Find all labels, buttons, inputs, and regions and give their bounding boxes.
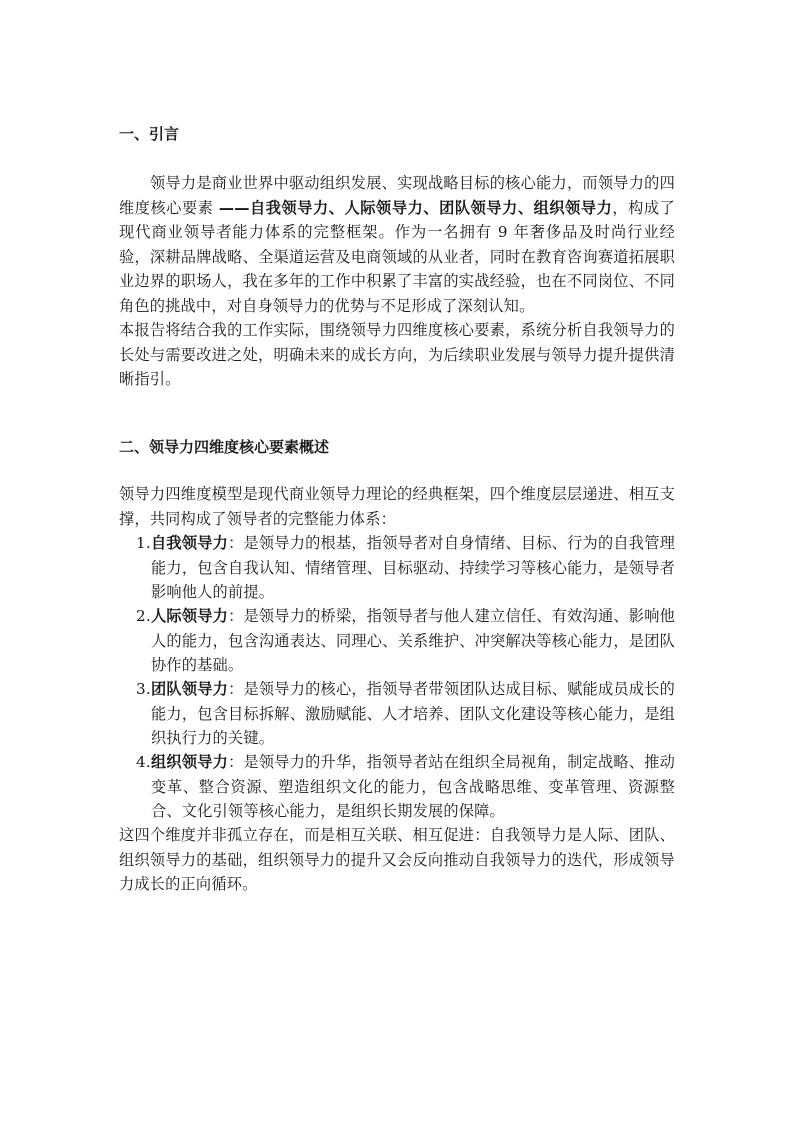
list-number: 2. bbox=[136, 604, 151, 629]
list-number: 4. bbox=[136, 750, 151, 775]
overview-conclusion-paragraph: 这四个维度并非孤立存在，而是相互关联、相互促进：自我领导力是人际、团队、组织领导… bbox=[119, 823, 675, 897]
list-term: 组织领导力 bbox=[151, 753, 228, 771]
list-term: 人际领导力 bbox=[151, 607, 228, 625]
intro-paragraph-1: 领导力是商业世界中驱动组织发展、实现战略目标的核心能力，而领导力的四维度核心要素… bbox=[119, 171, 675, 318]
list-number: 1. bbox=[136, 531, 151, 556]
list-item-interpersonal-leadership: 2.人际领导力：是领导力的桥梁，指领导者与他人建立信任、有效沟通、影响他人的能力… bbox=[136, 604, 675, 678]
list-text: ：是领导力的升华，指领导者站在组织全局视角，制定战略、推动变革、整合资源、塑造组… bbox=[151, 753, 675, 820]
list-item-team-leadership: 3.团队领导力：是领导力的核心，指领导者带领团队达成目标、赋能成员成长的能力，包… bbox=[136, 677, 675, 751]
list-item-self-leadership: 1.自我领导力：是领导力的根基，指领导者对自身情绪、目标、行为的自我管理能力，包… bbox=[136, 531, 675, 605]
intro-paragraph-2: 本报告将结合我的工作实际，围绕领导力四维度核心要素，系统分析自我领导力的长处与需… bbox=[119, 318, 675, 392]
list-item-organizational-leadership: 4.组织领导力：是领导力的升华，指领导者站在组织全局视角，制定战略、推动变革、整… bbox=[136, 750, 675, 824]
list-number: 3. bbox=[136, 677, 151, 702]
list-term: 团队领导力 bbox=[151, 680, 228, 698]
section-heading-introduction: 一、引言 bbox=[119, 124, 179, 144]
list-text: ：是领导力的桥梁，指领导者与他人建立信任、有效沟通、影响他人的能力，包含沟通表达… bbox=[151, 607, 675, 674]
list-text: ：是领导力的根基，指领导者对自身情绪、目标、行为的自我管理能力，包含自我认知、情… bbox=[151, 534, 675, 601]
list-text: ：是领导力的核心，指领导者带领团队达成目标、赋能成员成长的能力，包含目标拆解、激… bbox=[151, 680, 675, 747]
list-term: 自我领导力 bbox=[151, 534, 228, 552]
four-dimensions-bold: ——自我领导力、人际领导力、团队领导力、组织领导力 bbox=[219, 199, 612, 217]
section-heading-overview: 二、领导力四维度核心要素概述 bbox=[119, 437, 329, 457]
overview-intro-paragraph: 领导力四维度模型是现代商业领导力理论的经典框架，四个维度层层递进、相互支撑，共同… bbox=[119, 482, 675, 531]
